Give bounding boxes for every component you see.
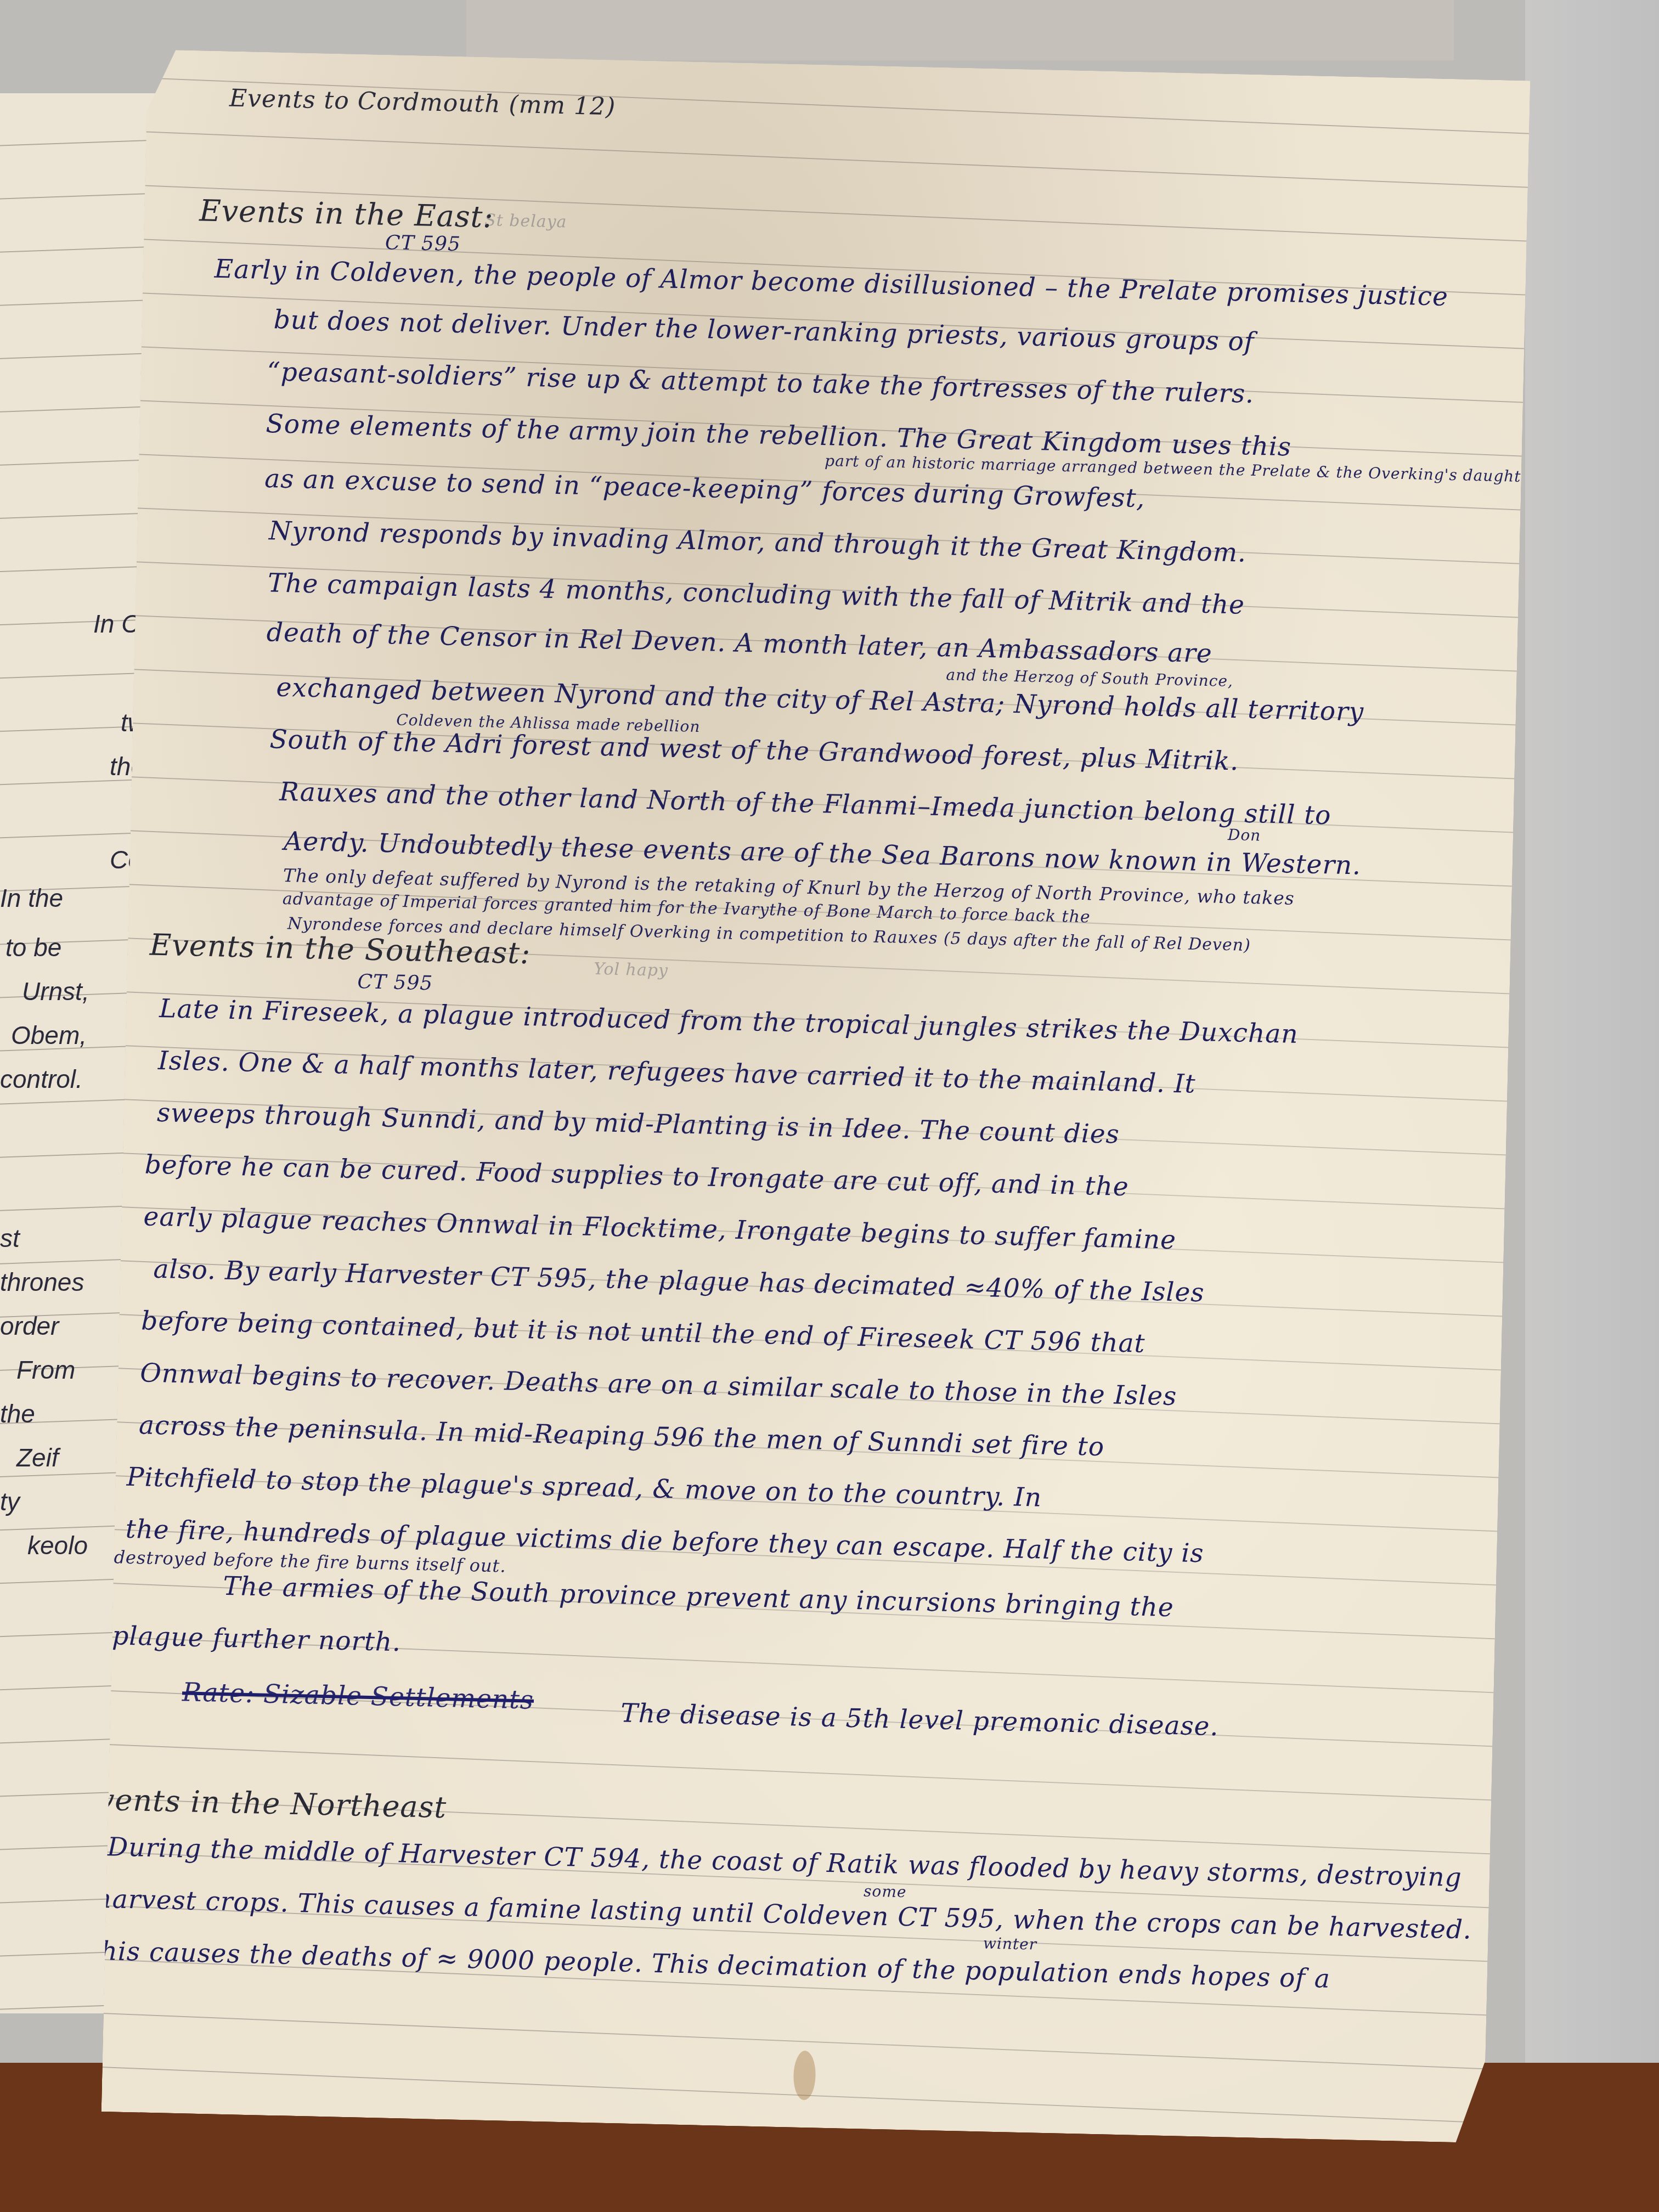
text-line: sweeps through Sunndi, and by mid-Planti… [156, 1098, 1120, 1150]
fragment: st [0, 1223, 20, 1253]
margin-annotation: some [864, 1882, 907, 1901]
text-line: Nyrond responds by invading Almor, and t… [269, 516, 1247, 568]
text-line: but does not deliver. Under the lower-ra… [273, 304, 1255, 357]
date-note: CT 595 [385, 232, 461, 256]
faint-note: St belaya [484, 211, 567, 232]
handwritten-page: Events to Cordmouth (mm 12) Events in th… [101, 49, 1531, 2143]
text-line: plague further north. [112, 1621, 402, 1657]
fragment: control. [0, 1064, 83, 1094]
fragment: order [0, 1311, 59, 1341]
margin-annotation: winter [983, 1934, 1037, 1953]
fragment: thrones [0, 1267, 84, 1297]
section-heading-northeast: Events in the Northeast [75, 1782, 447, 1825]
struck-text: Rate: Sizable Settlements [182, 1677, 534, 1716]
text-line: “peasant-soldiers” rise up & attempt to … [267, 357, 1255, 409]
section-heading-east: Events in the East: [199, 193, 494, 234]
text-line: The disease is a 5th level premonic dise… [620, 1698, 1219, 1742]
text-line: across the peninsula. In mid-Reaping 596… [138, 1410, 1104, 1462]
text-line: Rauxes and the other land North of the F… [279, 777, 1331, 831]
text-line: During the middle of Harvester CT 594, t… [107, 1832, 1462, 1893]
fragment: the [0, 1399, 35, 1429]
text-line: Onnwal begins to recover. Deaths are on … [140, 1358, 1177, 1412]
text-line: The campaign lasts 4 months, concluding … [267, 568, 1245, 620]
fragment: From [16, 1355, 75, 1385]
background-paper [466, 0, 1454, 60]
text-line: Isles. One & a half months later, refuge… [158, 1046, 1197, 1099]
text-line: South of the Adri forest and west of the… [269, 724, 1239, 776]
fragment: to be [5, 933, 61, 962]
fragment: Zeif [16, 1443, 59, 1472]
fragment: keolo [27, 1531, 88, 1560]
text-line: Late in Fireseek, a plague introduced fr… [159, 994, 1299, 1049]
text-line: Some elements of the army join the rebel… [266, 409, 1292, 462]
text-line: early plague reaches Onnwal in Flocktime… [143, 1201, 1176, 1255]
margin-annotation: Don [1228, 826, 1261, 844]
text-line: death of the Censor in Rel Deven. A mont… [266, 617, 1212, 669]
fragment: Obem, [11, 1020, 87, 1050]
stain [793, 2051, 816, 2101]
date-note: CT 595 [357, 970, 433, 995]
text-line: Early in Coldeven, the people of Almor b… [214, 254, 1448, 312]
text-line: also. By early Harvester CT 595, the pla… [153, 1254, 1205, 1308]
text-line: The armies of the South province prevent… [223, 1571, 1174, 1623]
fragment: ty [0, 1487, 20, 1516]
text-line: before being contained, but it is not un… [141, 1306, 1145, 1359]
text-line: Pitchfield to stop the plague's spread, … [126, 1462, 1042, 1513]
text-line: This causes the deaths of ≈ 9000 people.… [83, 1936, 1331, 1994]
page-title: Events to Cordmouth (mm 12) [229, 84, 616, 121]
faint-note: Yol hapy [594, 960, 669, 980]
fragment: Urnst, [22, 977, 89, 1006]
fragment: In the [0, 883, 63, 913]
background-wall [1525, 0, 1659, 2212]
text-line: before he can be cured. Food supplies to… [144, 1149, 1129, 1202]
text-line: harvest crops. This causes a famine last… [95, 1884, 1472, 1945]
margin-annotation: and the Herzog of South Province, [946, 665, 1233, 690]
